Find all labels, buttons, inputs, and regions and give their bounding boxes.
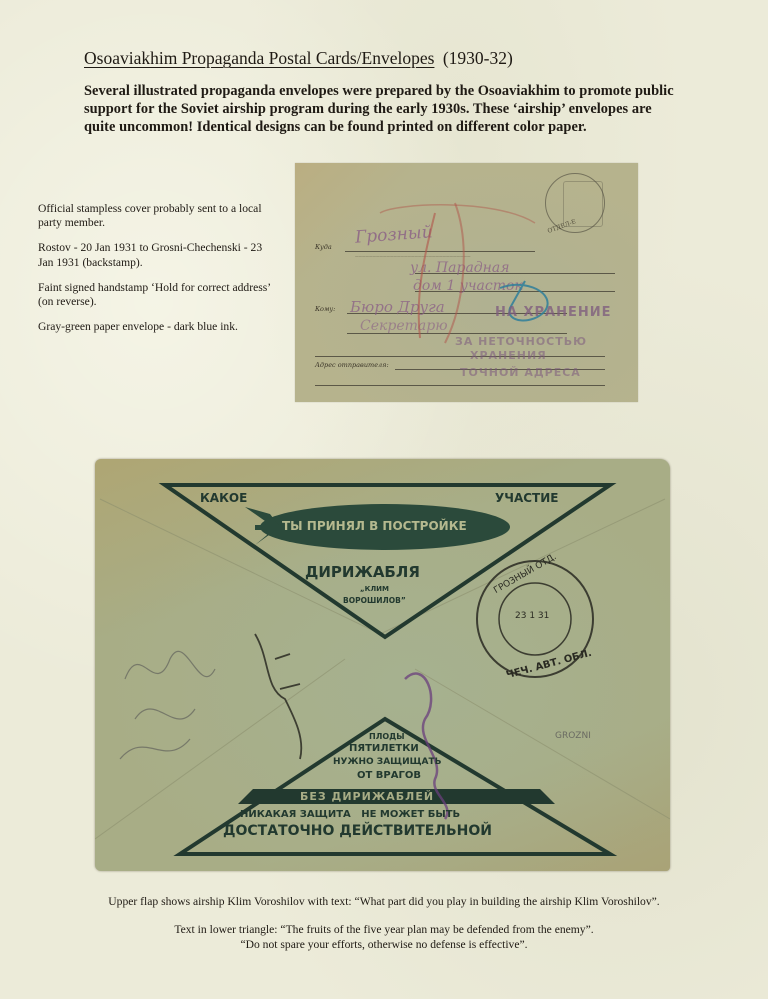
- envelope-back-image: КАКОЕ УЧАСТИЕ ТЫ ПРИНЯЛ В ПОСТРОЙКЕ ДИРИ…: [95, 459, 670, 871]
- caption-line: “Do not spare your efforts, otherwise no…: [0, 937, 768, 952]
- lower-line-7: ДОСТАТОЧНО ДЕЙСТВИТЕЛЬНОЙ: [223, 823, 492, 839]
- upper-flap-left-word: КАКОЕ: [200, 491, 247, 505]
- caption-line: Text in lower triangle: “The fruits of t…: [0, 922, 768, 937]
- intro-line: quite uncommon! Identical designs can be…: [84, 118, 704, 136]
- note-handstamp: Faint signed handstamp ‘Hold for correct…: [38, 281, 278, 309]
- lower-banner: БЕЗ ДИРИЖАБЛЕЙ: [300, 790, 434, 803]
- lower-line-4: ОТ ВРАГОВ: [357, 770, 421, 781]
- note-description: Official stampless cover probably sent t…: [38, 202, 278, 230]
- caption-lower-triangle: Text in lower triangle: “The fruits of t…: [0, 922, 768, 952]
- postmark-date: 23 1 31: [515, 611, 549, 621]
- lower-line-2: ПЯТИЛЕТКИ: [349, 743, 419, 754]
- title-years: (1930-32): [443, 48, 513, 68]
- lower-line-3: НУЖНО ЗАЩИЩАТЬ: [333, 757, 442, 767]
- envelope-front-image: ОТДЕЛ-Е Куда ———————————————————————————…: [295, 163, 638, 402]
- intro-line: support for the Soviet airship program d…: [84, 100, 704, 118]
- intro-line: Several illustrated propaganda envelopes…: [84, 82, 704, 100]
- note-route: Rostov - 20 Jan 1931 to Grosni-Chechensk…: [38, 241, 278, 269]
- lower-line-1: ПЛОДЫ: [369, 732, 405, 741]
- handstamp-line-3: ХРАНЕНИЯ: [470, 349, 547, 362]
- page-title: Osoaviakhim Propaganda Postal Cards/Enve…: [84, 48, 513, 69]
- caption-line: Upper flap shows airship Klim Voroshilov…: [108, 895, 659, 908]
- lower-line-6: НИКАКАЯ ЗАЩИТА НЕ МОЖЕТ БЫТЬ: [240, 809, 460, 820]
- cover-notes: Official stampless cover probably sent t…: [38, 202, 278, 345]
- upper-flap-line3: ДИРИЖАБЛЯ: [305, 563, 420, 581]
- intro-paragraph: Several illustrated propaganda envelopes…: [84, 82, 704, 136]
- pencil-note: GROZNI: [555, 731, 591, 741]
- caption-upper-flap: Upper flap shows airship Klim Voroshilov…: [0, 894, 768, 909]
- upper-flap-line5: ВОРОШИЛОВ”: [343, 596, 406, 605]
- note-paper: Gray-green paper envelope - dark blue in…: [38, 320, 278, 334]
- upper-flap-line4: „КЛИМ: [360, 585, 389, 593]
- handstamp-line-4: ТОЧНОЙ АДРЕСА: [460, 366, 581, 379]
- upper-flap-right-word: УЧАСТИЕ: [495, 491, 558, 505]
- handstamp-line-2: ЗА НЕТОЧНОСТЬЮ: [455, 335, 587, 348]
- airship-text: ТЫ ПРИНЯЛ В ПОСТРОЙКЕ: [280, 519, 469, 533]
- handstamp-line-1: НА ХРАНЕНИЕ: [495, 305, 611, 320]
- title-main: Osoaviakhim Propaganda Postal Cards/Enve…: [84, 48, 434, 68]
